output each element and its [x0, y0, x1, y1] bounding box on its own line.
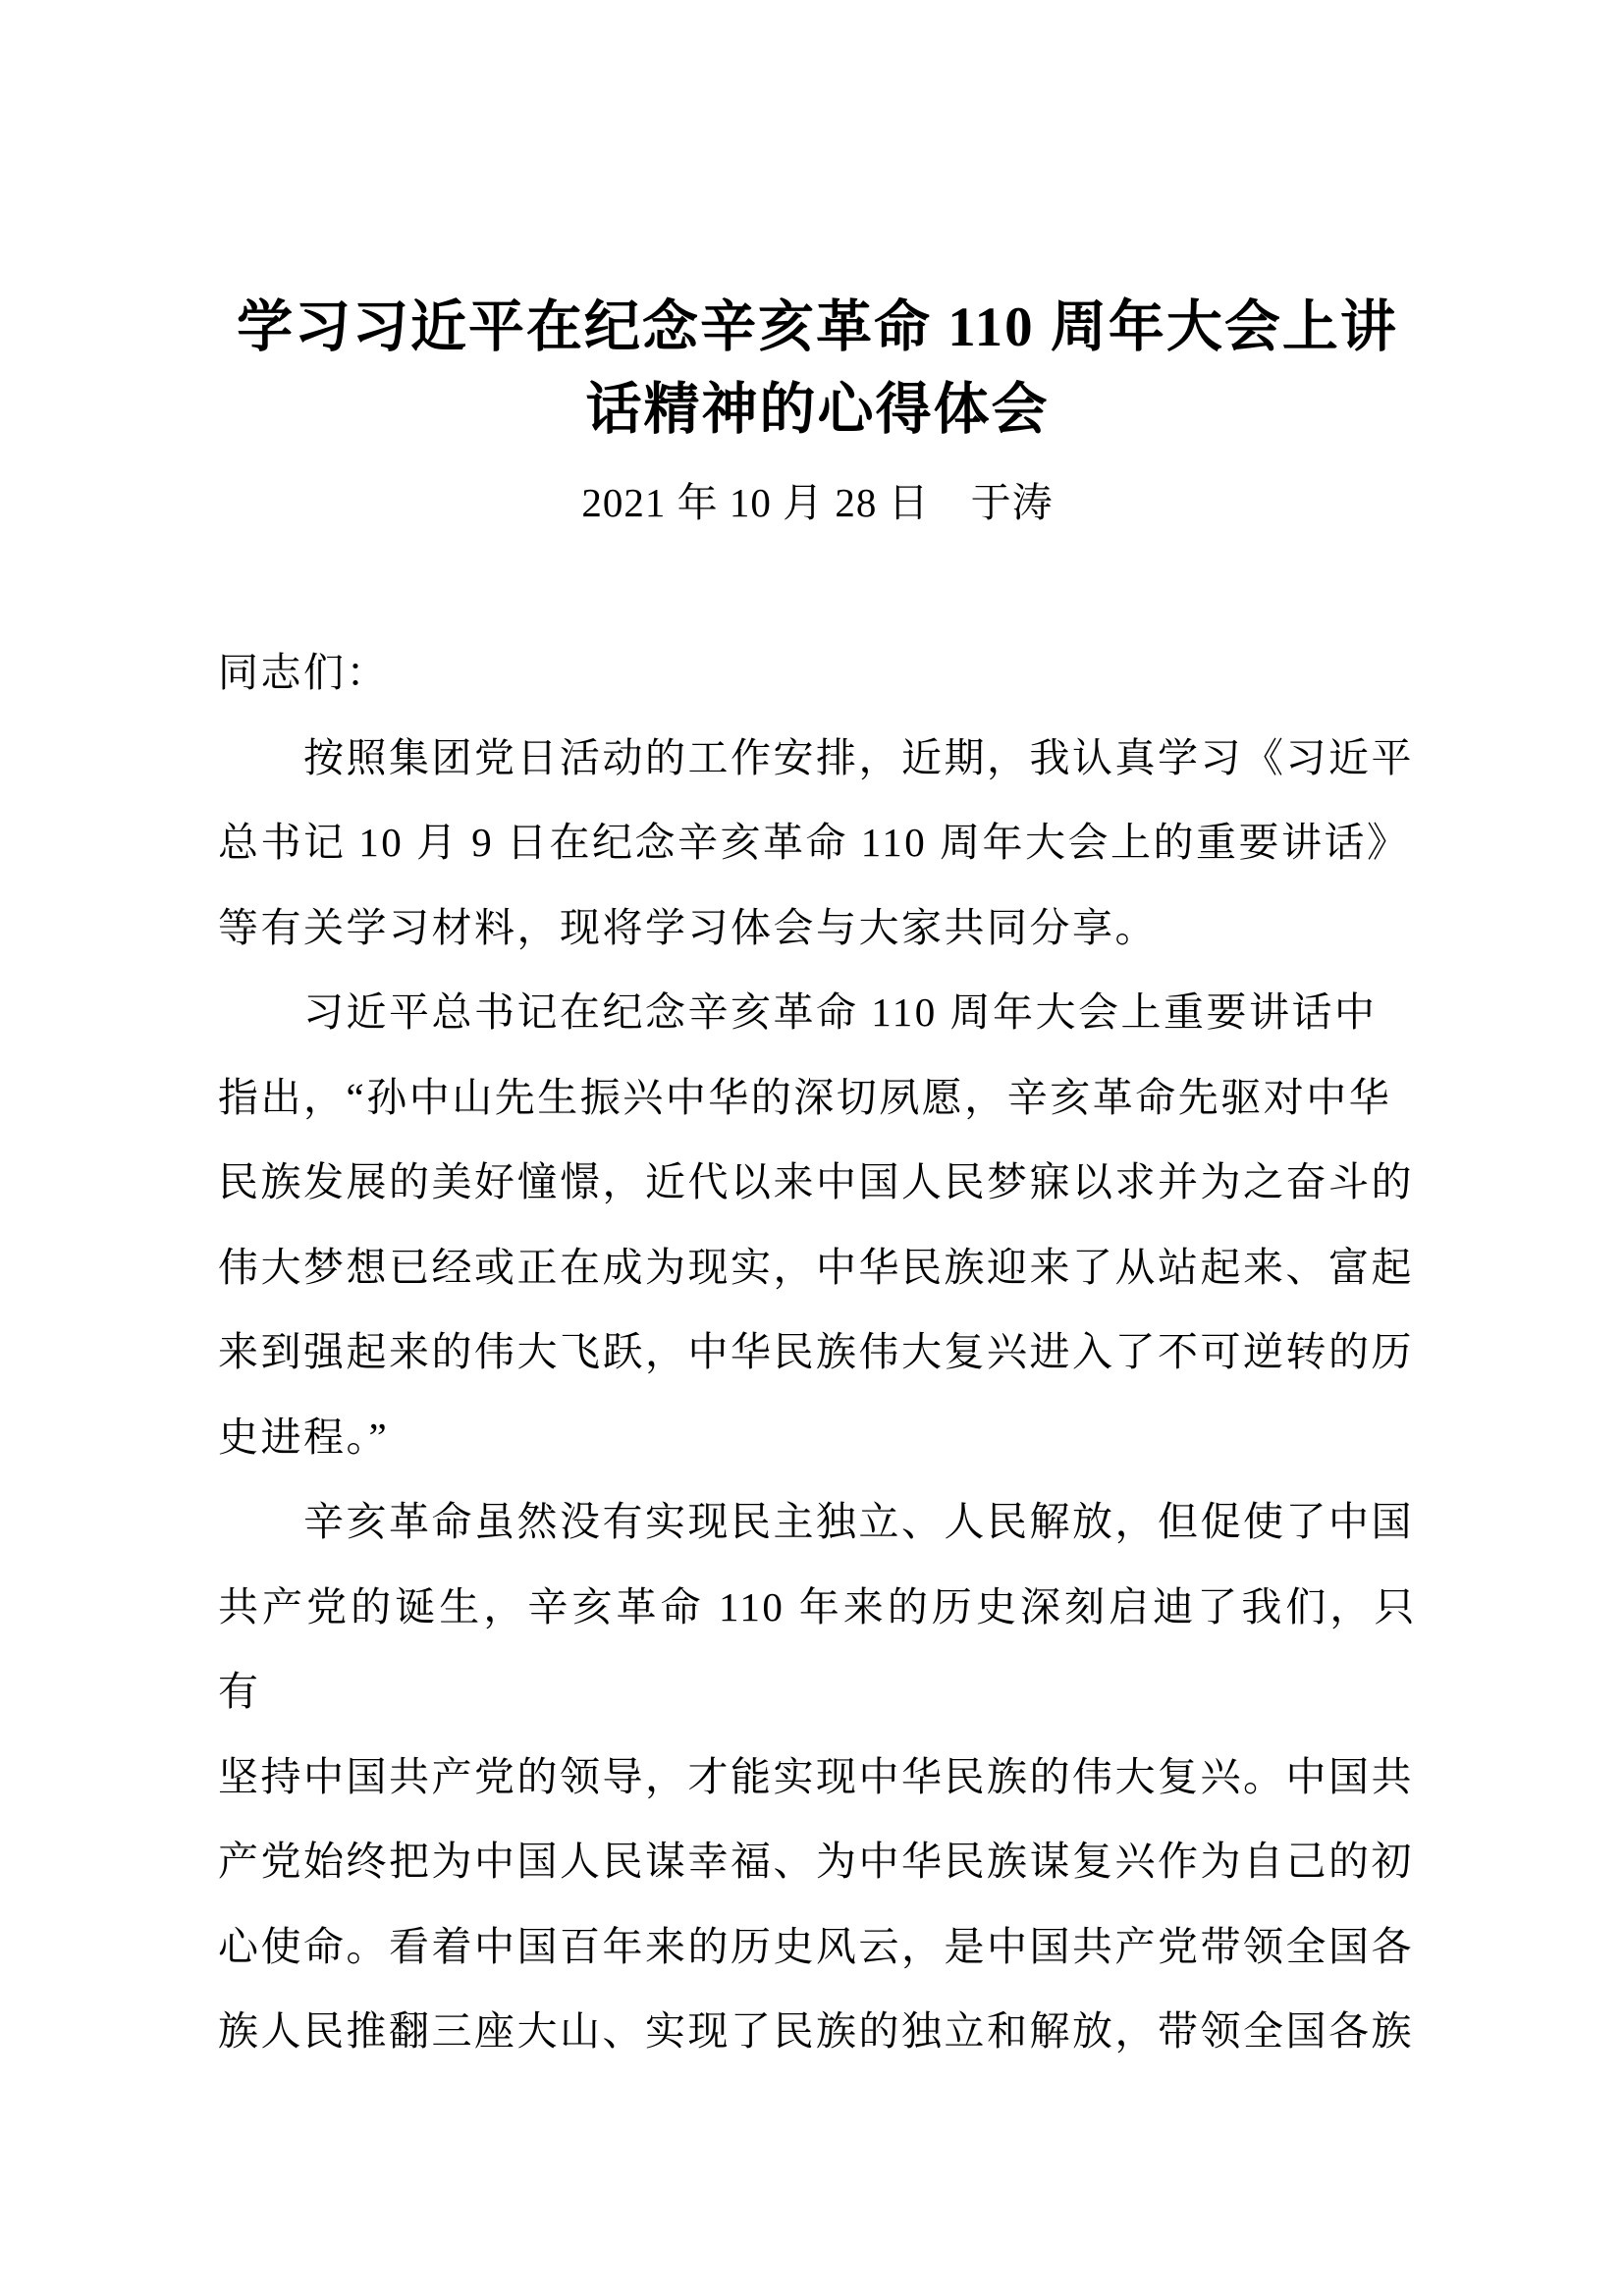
date-byline: 2021 年 10 月 28 日 于涛: [218, 473, 1417, 532]
document-page: 学习习近平在纪念辛亥革命 110 周年大会上讲 话精神的心得体会 2021 年 …: [0, 0, 1624, 2296]
body-paragraph: 按照集团党日活动的工作安排，近期，我认真学习《习近平 总书记 10 月 9 日在…: [218, 716, 1417, 971]
body-paragraph: 习近平总书记在纪念辛亥革命 110 周年大会上重要讲话中 指出，“孙中山先生振兴…: [218, 970, 1417, 1479]
document-title: 学习习近平在纪念辛亥革命 110 周年大会上讲 话精神的心得体会: [218, 287, 1417, 452]
document-body: 同志们： 按照集团党日活动的工作安排，近期，我认真学习《习近平 总书记 10 月…: [218, 630, 1417, 2074]
body-paragraph: 辛亥革命虽然没有实现民主独立、人民解放，但促使了中国 共产党的诞生，辛亥革命 1…: [218, 1479, 1417, 2074]
salutation-line: 同志们：: [218, 630, 1417, 716]
